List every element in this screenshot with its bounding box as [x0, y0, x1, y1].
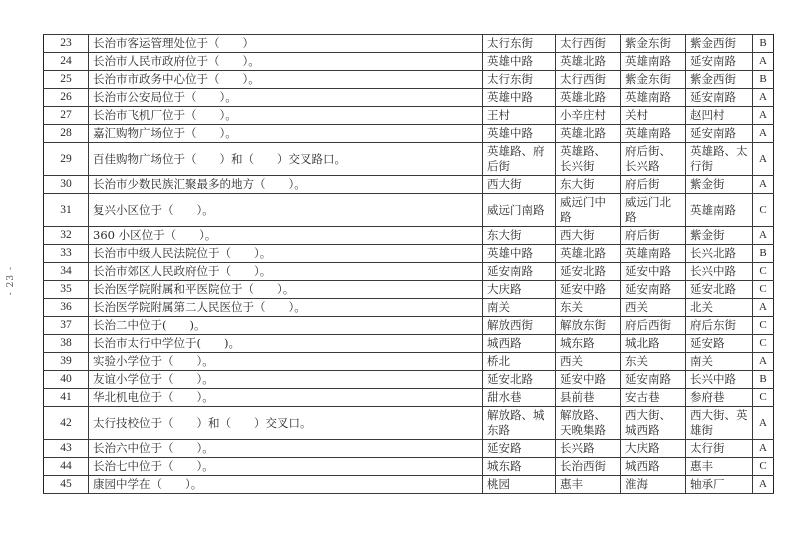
option-c: 延安南路 — [621, 281, 686, 299]
question-text: 百佳购物广场位于（ ）和（ ）交叉路口。 — [89, 143, 483, 176]
question-text: 长治医学院附属第二人民医位于（ ）。 — [89, 299, 483, 317]
option-b: 城东路 — [556, 335, 621, 353]
table-row: 40友谊小学位于（ ）。延安北路延安中路延安南路长兴中路B — [44, 371, 774, 389]
answer-key: C — [753, 194, 774, 227]
question-number: 40 — [44, 371, 89, 389]
option-a: 延安南路 — [483, 263, 556, 281]
table-row: 27长治市飞机厂位于（ ）。王村小辛庄村关村赵凹村A — [44, 107, 774, 125]
option-c: 安古巷 — [621, 389, 686, 407]
option-b: 长治西街 — [556, 458, 621, 476]
option-d: 紫金西街 — [686, 35, 753, 53]
option-b: 西大街 — [556, 227, 621, 245]
option-c: 英雄南路 — [621, 125, 686, 143]
question-number: 41 — [44, 389, 89, 407]
option-c: 东关 — [621, 353, 686, 371]
option-b: 太行西街 — [556, 71, 621, 89]
option-d: 延安南路 — [686, 125, 753, 143]
table-row: 29百佳购物广场位于（ ）和（ ）交叉路口。英雄路、府后街英雄路、长兴街府后街、… — [44, 143, 774, 176]
option-c: 府后街、长兴路 — [621, 143, 686, 176]
option-b: 东大街 — [556, 176, 621, 194]
answer-key: A — [753, 440, 774, 458]
question-text: 长治市客运管理处位于（ ） — [89, 35, 483, 53]
table-row: 43长治六中位于（ ）。延安路长兴路大庆路太行街A — [44, 440, 774, 458]
option-b: 东关 — [556, 299, 621, 317]
option-a: 太行东街 — [483, 35, 556, 53]
table-row: 26长治市公安局位于（ ）。英雄中路英雄北路英雄南路延安南路A — [44, 89, 774, 107]
answer-key: A — [753, 125, 774, 143]
option-c: 府后街 — [621, 227, 686, 245]
question-text: 360 小区位于（ ）。 — [89, 227, 483, 245]
option-b: 英雄北路 — [556, 245, 621, 263]
option-b: 小辛庄村 — [556, 107, 621, 125]
question-number: 36 — [44, 299, 89, 317]
answer-key: A — [753, 89, 774, 107]
option-c: 延安中路 — [621, 263, 686, 281]
table-row: 23长治市客运管理处位于（ ）太行东街太行西街紫金东街紫金西街B — [44, 35, 774, 53]
question-number: 28 — [44, 125, 89, 143]
answer-key: A — [753, 143, 774, 176]
answer-key: B — [753, 245, 774, 263]
option-b: 县前巷 — [556, 389, 621, 407]
option-d: 惠丰 — [686, 458, 753, 476]
table-row: 36长治医学院附属第二人民医位于（ ）。南关东关西关北关A — [44, 299, 774, 317]
option-c: 城西路 — [621, 458, 686, 476]
option-a: 解放路、城东路 — [483, 407, 556, 440]
option-b: 太行西街 — [556, 35, 621, 53]
table-row: 35长治医学院附属和平医院位于（ ）。大庆路延安中路延安南路延安北路C — [44, 281, 774, 299]
table-row: 41华北机电位于（ ）。甜水巷县前巷安古巷参府巷C — [44, 389, 774, 407]
table-row: 24长治市人民市政府位于（ ）。英雄中路英雄北路英雄南路延安南路A — [44, 53, 774, 71]
question-number: 27 — [44, 107, 89, 125]
quiz-table: 23长治市客运管理处位于（ ）太行东街太行西街紫金东街紫金西街B24长治市人民市… — [43, 34, 774, 494]
option-d: 长兴北路 — [686, 245, 753, 263]
option-a: 大庆路 — [483, 281, 556, 299]
answer-key: C — [753, 335, 774, 353]
table-row: 30长治市少数民族汇聚最多的地方（ ）。西大街东大街府后街紫金街A — [44, 176, 774, 194]
option-c: 淮海 — [621, 476, 686, 494]
question-number: 31 — [44, 194, 89, 227]
option-d: 延安南路 — [686, 89, 753, 107]
option-b: 英雄路、长兴街 — [556, 143, 621, 176]
question-number: 24 — [44, 53, 89, 71]
table-row: 34长治市郊区人民政府位于（ ）。延安南路延安北路延安中路长兴中路C — [44, 263, 774, 281]
question-number: 33 — [44, 245, 89, 263]
answer-key: A — [753, 53, 774, 71]
answer-key: B — [753, 71, 774, 89]
option-a: 城西路 — [483, 335, 556, 353]
option-b: 英雄北路 — [556, 125, 621, 143]
question-number: 32 — [44, 227, 89, 245]
option-b: 英雄北路 — [556, 53, 621, 71]
option-d: 延安路 — [686, 335, 753, 353]
question-number: 38 — [44, 335, 89, 353]
answer-key: A — [753, 353, 774, 371]
question-number: 29 — [44, 143, 89, 176]
option-a: 英雄中路 — [483, 125, 556, 143]
option-a: 延安北路 — [483, 371, 556, 389]
table-row: 37长治二中位于( )。解放西街解放东街府后西街府后东街C — [44, 317, 774, 335]
question-number: 35 — [44, 281, 89, 299]
option-b: 延安北路 — [556, 263, 621, 281]
option-d: 英雄南路 — [686, 194, 753, 227]
question-text: 友谊小学位于（ ）。 — [89, 371, 483, 389]
option-c: 紫金东街 — [621, 71, 686, 89]
question-text: 长治七中位于（ ）。 — [89, 458, 483, 476]
option-d: 长兴中路 — [686, 371, 753, 389]
option-a: 延安路 — [483, 440, 556, 458]
option-a: 西大街 — [483, 176, 556, 194]
answer-key: B — [753, 35, 774, 53]
question-text: 康园中学在（ ）。 — [89, 476, 483, 494]
page-number: - 23 - — [6, 266, 20, 295]
option-a: 英雄中路 — [483, 53, 556, 71]
question-text: 长治市中级人民法院位于（ ）。 — [89, 245, 483, 263]
table-row: 33长治市中级人民法院位于（ ）。英雄中路英雄北路英雄南路长兴北路B — [44, 245, 774, 263]
option-a: 甜水巷 — [483, 389, 556, 407]
question-text: 太行技校位于（ ）和（ ）交叉口。 — [89, 407, 483, 440]
question-text: 长治市市政务中心位于（ ）。 — [89, 71, 483, 89]
question-text: 实验小学位于（ ）。 — [89, 353, 483, 371]
option-a: 南关 — [483, 299, 556, 317]
option-c: 延安南路 — [621, 371, 686, 389]
question-text: 长治市公安局位于（ ）。 — [89, 89, 483, 107]
option-d: 西大街、英雄街 — [686, 407, 753, 440]
option-c: 英雄南路 — [621, 53, 686, 71]
table-row: 25长治市市政务中心位于（ ）。太行东街太行西街紫金东街紫金西街B — [44, 71, 774, 89]
option-d: 长兴中路 — [686, 263, 753, 281]
question-text: 复兴小区位于（ ）。 — [89, 194, 483, 227]
option-c: 紫金东街 — [621, 35, 686, 53]
answer-key: C — [753, 281, 774, 299]
table-row: 44长治七中位于（ ）。城东路长治西街城西路惠丰C — [44, 458, 774, 476]
option-b: 解放东街 — [556, 317, 621, 335]
option-b: 惠丰 — [556, 476, 621, 494]
option-d: 南关 — [686, 353, 753, 371]
question-text: 长治市人民市政府位于（ ）。 — [89, 53, 483, 71]
option-c: 威远门北路 — [621, 194, 686, 227]
question-number: 30 — [44, 176, 89, 194]
option-a: 解放西街 — [483, 317, 556, 335]
question-number: 26 — [44, 89, 89, 107]
question-number: 45 — [44, 476, 89, 494]
option-a: 桥北 — [483, 353, 556, 371]
option-d: 紫金街 — [686, 176, 753, 194]
option-c: 府后西街 — [621, 317, 686, 335]
option-b: 英雄北路 — [556, 89, 621, 107]
option-c: 城北路 — [621, 335, 686, 353]
question-number: 43 — [44, 440, 89, 458]
question-number: 37 — [44, 317, 89, 335]
table-row: 31复兴小区位于（ ）。威远门南路威远门中路威远门北路英雄南路C — [44, 194, 774, 227]
table-row: 32360 小区位于（ ）。东大街西大街府后街紫金街A — [44, 227, 774, 245]
question-text: 长治市郊区人民政府位于（ ）。 — [89, 263, 483, 281]
option-a: 太行东街 — [483, 71, 556, 89]
option-d: 延安南路 — [686, 53, 753, 71]
option-c: 关村 — [621, 107, 686, 125]
question-text: 长治六中位于（ ）。 — [89, 440, 483, 458]
answer-key: A — [753, 476, 774, 494]
quiz-table-body: 23长治市客运管理处位于（ ）太行东街太行西街紫金东街紫金西街B24长治市人民市… — [44, 35, 774, 494]
option-d: 赵凹村 — [686, 107, 753, 125]
question-text: 长治市飞机厂位于（ ）。 — [89, 107, 483, 125]
option-a: 英雄中路 — [483, 89, 556, 107]
question-number: 39 — [44, 353, 89, 371]
option-a: 东大街 — [483, 227, 556, 245]
answer-key: A — [753, 407, 774, 440]
answer-key: A — [753, 227, 774, 245]
question-text: 长治市少数民族汇聚最多的地方（ ）。 — [89, 176, 483, 194]
question-text: 嘉汇购物广场位于（ ）。 — [89, 125, 483, 143]
answer-key: A — [753, 107, 774, 125]
option-d: 太行街 — [686, 440, 753, 458]
option-d: 轴承厂 — [686, 476, 753, 494]
table-row: 38长治市太行中学位于( )。城西路城东路城北路延安路C — [44, 335, 774, 353]
option-c: 英雄南路 — [621, 89, 686, 107]
option-b: 解放路、天晚集路 — [556, 407, 621, 440]
option-b: 西关 — [556, 353, 621, 371]
question-number: 44 — [44, 458, 89, 476]
question-text: 长治市太行中学位于( )。 — [89, 335, 483, 353]
table-row: 45康园中学在（ ）。桃园惠丰淮海轴承厂A — [44, 476, 774, 494]
option-a: 桃园 — [483, 476, 556, 494]
option-a: 英雄中路 — [483, 245, 556, 263]
option-a: 英雄路、府后街 — [483, 143, 556, 176]
question-number: 25 — [44, 71, 89, 89]
option-d: 府后东街 — [686, 317, 753, 335]
option-c: 府后街 — [621, 176, 686, 194]
option-d: 参府巷 — [686, 389, 753, 407]
option-b: 延安中路 — [556, 371, 621, 389]
question-text: 华北机电位于（ ）。 — [89, 389, 483, 407]
question-number: 23 — [44, 35, 89, 53]
answer-key: A — [753, 176, 774, 194]
option-d: 北关 — [686, 299, 753, 317]
answer-key: C — [753, 317, 774, 335]
answer-key: C — [753, 458, 774, 476]
table-row: 39实验小学位于（ ）。桥北西关东关南关A — [44, 353, 774, 371]
option-a: 威远门南路 — [483, 194, 556, 227]
answer-key: C — [753, 263, 774, 281]
option-c: 西关 — [621, 299, 686, 317]
option-c: 大庆路 — [621, 440, 686, 458]
option-c: 英雄南路 — [621, 245, 686, 263]
option-b: 长兴路 — [556, 440, 621, 458]
option-a: 城东路 — [483, 458, 556, 476]
option-d: 延安北路 — [686, 281, 753, 299]
option-c: 西大街、城西路 — [621, 407, 686, 440]
answer-key: A — [753, 299, 774, 317]
option-b: 延安中路 — [556, 281, 621, 299]
option-d: 英雄路、太行街 — [686, 143, 753, 176]
answer-key: B — [753, 371, 774, 389]
option-b: 威远门中路 — [556, 194, 621, 227]
option-d: 紫金西街 — [686, 71, 753, 89]
question-text: 长治医学院附属和平医院位于（ ）。 — [89, 281, 483, 299]
question-number: 34 — [44, 263, 89, 281]
option-d: 紫金街 — [686, 227, 753, 245]
option-a: 王村 — [483, 107, 556, 125]
question-number: 42 — [44, 407, 89, 440]
question-text: 长治二中位于( )。 — [89, 317, 483, 335]
answer-key: C — [753, 389, 774, 407]
table-row: 28嘉汇购物广场位于（ ）。英雄中路英雄北路英雄南路延安南路A — [44, 125, 774, 143]
table-row: 42太行技校位于（ ）和（ ）交叉口。解放路、城东路解放路、天晚集路西大街、城西… — [44, 407, 774, 440]
